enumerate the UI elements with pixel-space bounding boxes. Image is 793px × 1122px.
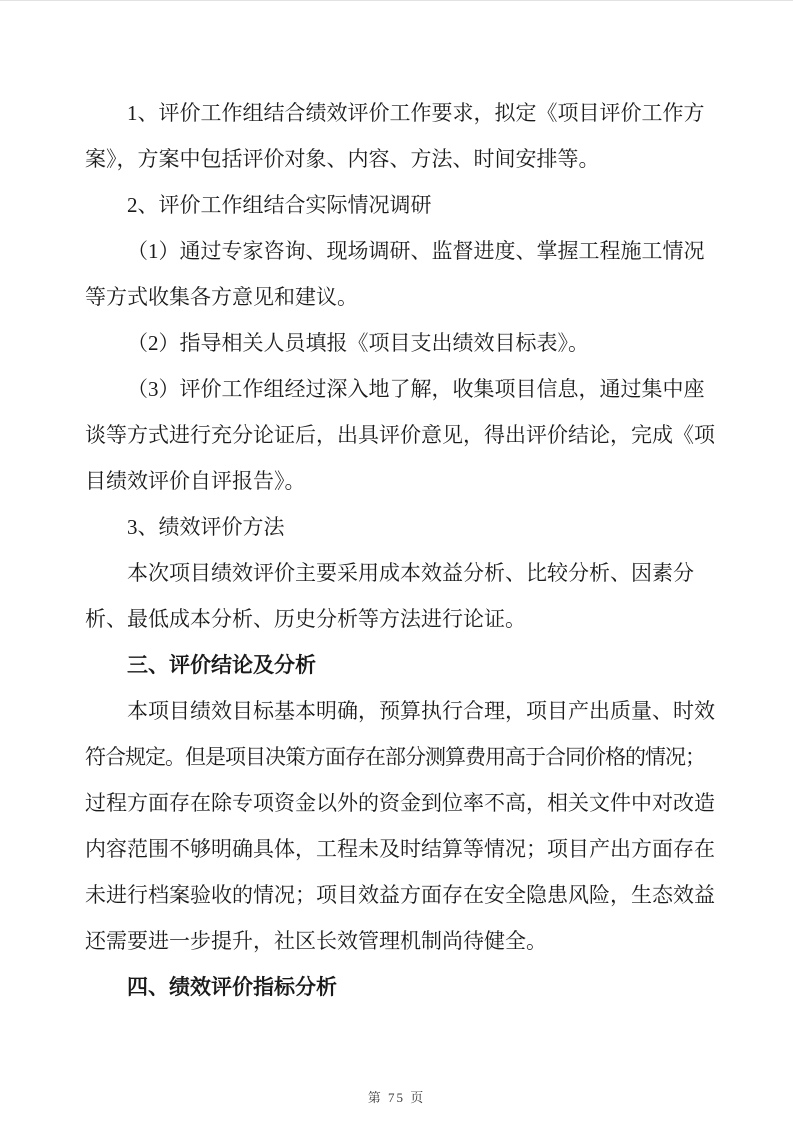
text-line-sub-1: （1）通过专家咨询、现场调研、监督进度、掌握工程施工情况 (85, 228, 710, 274)
text-line: 本项目绩效目标基本明确，预算执行合理，项目产出质量、时效 (85, 688, 710, 734)
section-heading-3: 三、评价结论及分析 (85, 642, 710, 688)
text-line-sub-3: （3）评价工作组经过深入地了解，收集项目信息，通过集中座 (85, 366, 710, 412)
text-line: 案》，方案中包括评价对象、内容、方法、时间安排等。 (85, 136, 710, 182)
page-footer: 第 75 页 (0, 1089, 793, 1107)
text-line: 谈等方式进行充分论证后，出具评价意见，得出评价结论，完成《项 (85, 412, 710, 458)
text-line: 析、最低成本分析、历史分析等方法进行论证。 (85, 596, 710, 642)
text-line-sub-2: （2）指导相关人员填报《项目支出绩效目标表》。 (85, 320, 710, 366)
text-line-item-2: 2、评价工作组结合实际情况调研 (85, 182, 710, 228)
document-body: 1、评价工作组结合绩效评价工作要求，拟定《项目评价工作方 案》，方案中包括评价对… (85, 90, 710, 1010)
text-line: 内容范围不够明确具体，工程未及时结算等情况；项目产出方面存在 (85, 826, 710, 872)
text-line: 本次项目绩效评价主要采用成本效益分析、比较分析、因素分 (85, 550, 710, 596)
text-line: 符合规定。但是项目决策方面存在部分测算费用高于合同价格的情况； (85, 734, 710, 780)
text-line-item-1: 1、评价工作组结合绩效评价工作要求，拟定《项目评价工作方 (85, 90, 710, 136)
document-page: 1、评价工作组结合绩效评价工作要求，拟定《项目评价工作方 案》，方案中包括评价对… (0, 0, 793, 1122)
page-number: 第 75 页 (368, 1090, 426, 1105)
section-heading-4: 四、绩效评价指标分析 (85, 964, 710, 1010)
text-line: 过程方面存在除专项资金以外的资金到位率不高，相关文件中对改造 (85, 780, 710, 826)
text-line: 等方式收集各方意见和建议。 (85, 274, 710, 320)
text-line: 未进行档案验收的情况；项目效益方面存在安全隐患风险，生态效益 (85, 872, 710, 918)
text-line-item-3: 3、绩效评价方法 (85, 504, 710, 550)
text-line: 还需要进一步提升，社区长效管理机制尚待健全。 (85, 918, 710, 964)
text-line: 目绩效评价自评报告》。 (85, 458, 710, 504)
